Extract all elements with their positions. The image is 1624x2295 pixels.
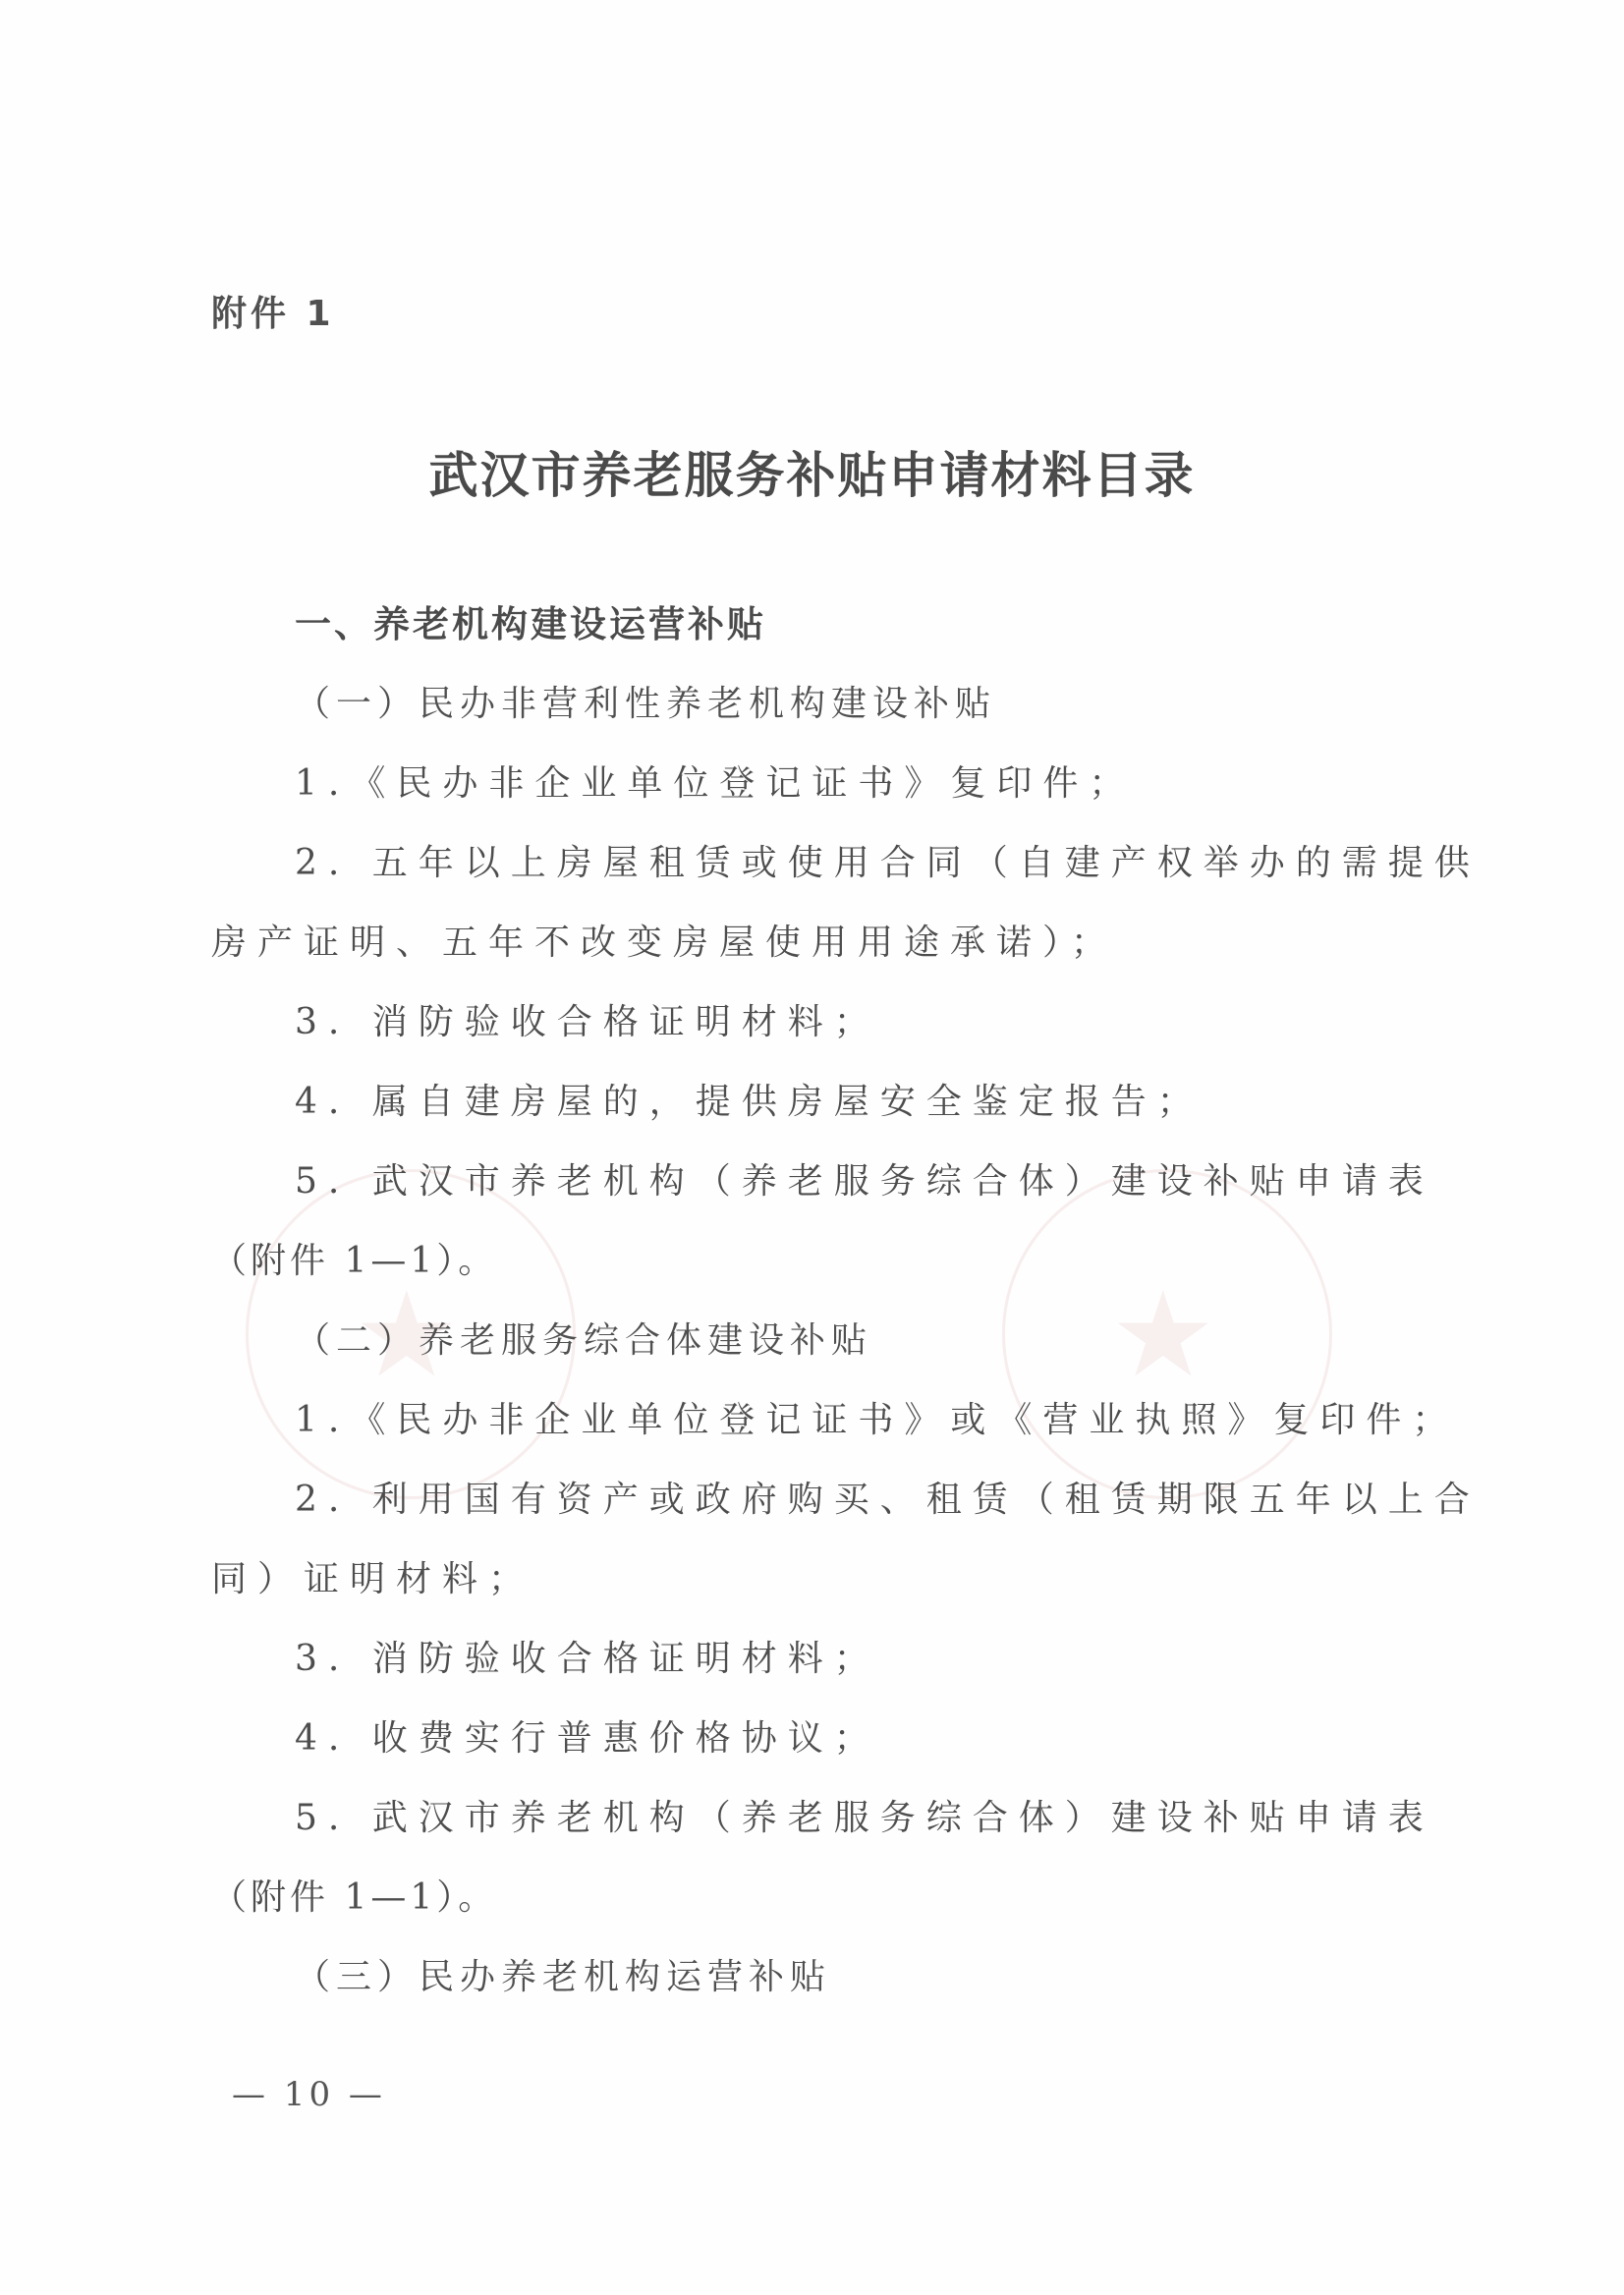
- attachment-label: 附件 1: [211, 291, 335, 338]
- list-item: 3. 消防验收合格证明材料；: [295, 999, 880, 1046]
- list-item: 4. 属自建房屋的，提供房屋安全鉴定报告；: [295, 1079, 1204, 1126]
- seal-watermark-right: [1002, 1169, 1332, 1499]
- section-heading: 一、养老机构建设运营补贴: [295, 601, 766, 648]
- list-item-continuation: （附件 1—1）。: [211, 1875, 497, 1922]
- subsection-heading: （一）民办非营利性养老机构建设补贴: [295, 681, 996, 728]
- document-page: ★ ★ 附件 1 武汉市养老服务补贴申请材料目录 一、养老机构建设运营补贴 （一…: [0, 0, 1624, 2295]
- list-item: 3. 消防验收合格证明材料；: [295, 1636, 880, 1683]
- document-title: 武汉市养老服务补贴申请材料目录: [0, 444, 1624, 507]
- subsection-heading: （三）民办养老机构运营补贴: [295, 1954, 831, 2001]
- page-number: — 10 —: [232, 2071, 386, 2118]
- list-item: 4. 收费实行普惠价格协议；: [295, 1715, 880, 1763]
- list-item: 1.《民办非企业单位登记证书》复印件；: [295, 760, 1135, 808]
- list-item-continuation: （附件 1—1）。: [211, 1238, 497, 1285]
- subsection-heading: （二）养老服务综合体建设补贴: [295, 1317, 872, 1365]
- list-item: 2. 五年以上房屋租赁或使用合同（自建产权举办的需提供: [295, 840, 1481, 887]
- list-item-continuation: 房产证明、五年不改变房屋使用用途承诺）；: [211, 920, 1117, 967]
- list-item: 5. 武汉市养老机构（养老服务综合体）建设补贴申请表: [295, 1158, 1434, 1205]
- list-item: 5. 武汉市养老机构（养老服务综合体）建设补贴申请表: [295, 1795, 1434, 1842]
- list-item: 1.《民办非企业单位登记证书》或《营业执照》复印件；: [295, 1397, 1458, 1444]
- list-item-continuation: 同）证明材料；: [211, 1556, 534, 1603]
- list-item: 2. 利用国有资产或政府购买、租赁（租赁期限五年以上合: [295, 1477, 1481, 1524]
- seal-star-icon: ★: [1110, 1277, 1216, 1395]
